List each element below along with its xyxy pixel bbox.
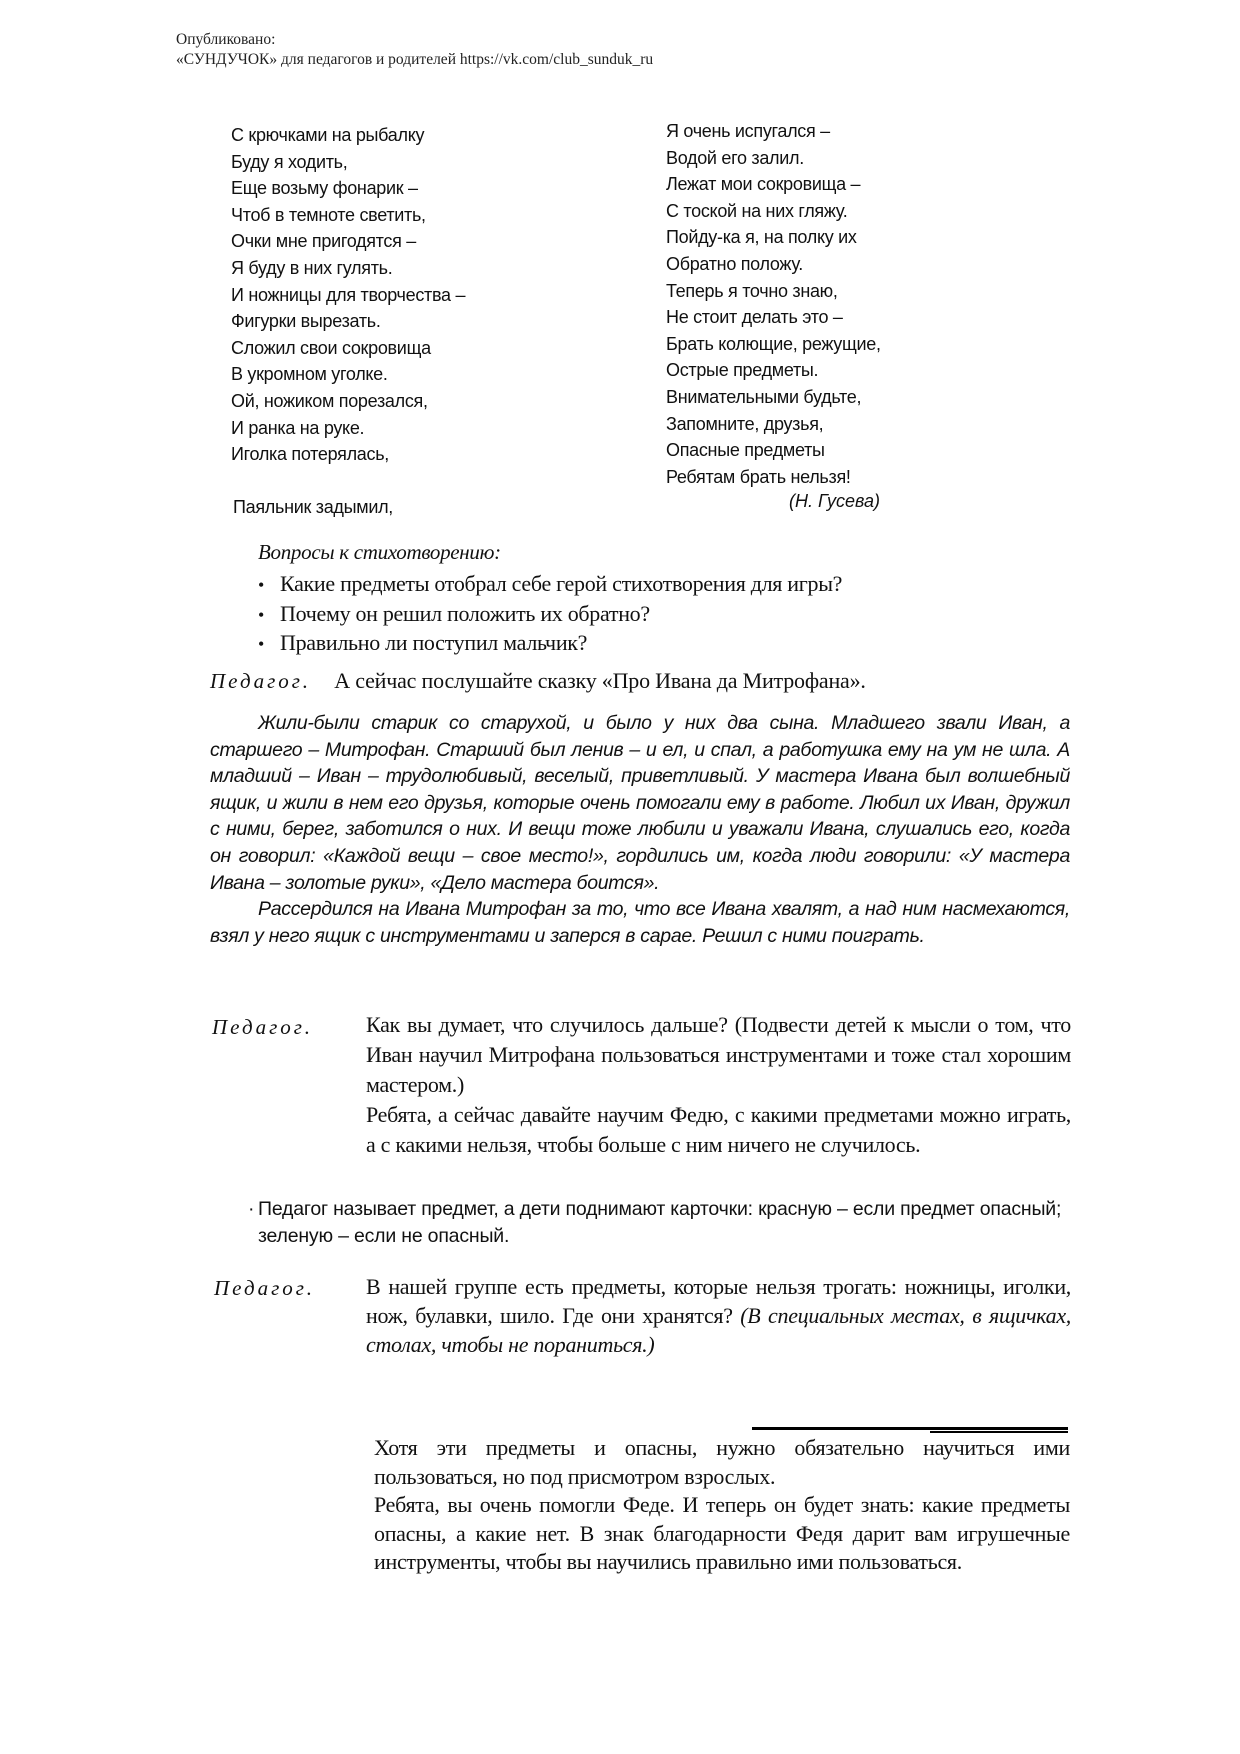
poem-line: Ребятам брать нельзя! <box>666 464 881 491</box>
poem-line: В укромном уголке. <box>231 361 465 388</box>
poem-line: Теперь я точно знаю, <box>666 278 881 305</box>
question-item: Почему он решил положить их обратно? <box>258 600 842 630</box>
speaker-label: Педагог. <box>214 1276 315 1301</box>
dialogue-text: А сейчас послушайте сказку «Про Ивана да… <box>334 668 865 693</box>
dialogue-block: В нашей группе есть предметы, которые не… <box>366 1272 1071 1359</box>
poem-line: Паяльник задымил, <box>233 497 393 518</box>
poem-line: Сложил свои сокровища <box>231 335 465 362</box>
closing-text: Хотя эти предметы и опасны, нужно обязат… <box>374 1434 1070 1577</box>
poem-line: Лежат мои сокровища – <box>666 171 881 198</box>
story-paragraph: Жили-были старик со старухой, и было у н… <box>210 710 1070 896</box>
poem-line: Внимательными будьте, <box>666 384 881 411</box>
header-published-label: Опубликовано: <box>176 30 653 50</box>
question-item: Какие предметы отобрал себе герой стихот… <box>258 570 842 600</box>
question-item: Правильно ли поступил мальчик? <box>258 629 842 659</box>
questions-title: Вопросы к стихотворению: <box>258 540 501 565</box>
poem-author: (Н. Гусева) <box>789 491 880 512</box>
header-source-line: «СУНДУЧОК» для педагогов и родителей htt… <box>176 50 653 70</box>
poem-line: Чтоб в темноте светить, <box>231 202 465 229</box>
poem-line: Водой его залил. <box>666 145 881 172</box>
poem-line: Запомните, друзья, <box>666 411 881 438</box>
closing-paragraph: Ребята, вы очень помогли Феде. И теперь … <box>374 1491 1070 1577</box>
poem-line: Пойду-ка я, на полку их <box>666 224 881 251</box>
questions-list: Какие предметы отобрал себе герой стихот… <box>258 570 842 659</box>
poem-line: Фигурки вырезать. <box>231 308 465 335</box>
fairy-tale-text: Жили-были старик со старухой, и было у н… <box>210 710 1070 949</box>
poem-line: С тоской на них гляжу. <box>666 198 881 225</box>
poem-line: Ой, ножиком порезался, <box>231 388 465 415</box>
poem-left-column: С крючками на рыбалку Буду я ходить, Еще… <box>231 122 465 468</box>
closing-paragraph: Хотя эти предметы и опасны, нужно обязат… <box>374 1434 1070 1491</box>
poem-line: И ранка на руке. <box>231 415 465 442</box>
publication-header: Опубликовано: «СУНДУЧОК» для педагогов и… <box>176 30 653 70</box>
dialogue-text: Ребята, а сейчас давайте научим Федю, с … <box>366 1100 1071 1160</box>
poem-right-column: Я очень испугался – Водой его залил. Леж… <box>666 118 881 490</box>
dialogue-text: Как вы думает, что случилось дальше? (По… <box>366 1010 1071 1100</box>
poem-line: Иголка потерялась, <box>231 441 465 468</box>
story-paragraph: Рассердился на Ивана Митрофан за то, что… <box>210 896 1070 949</box>
dialogue-block: Как вы думает, что случилось дальше? (По… <box>366 1010 1071 1160</box>
instruction-text: Педагог называет предмет, а дети поднима… <box>258 1198 1061 1247</box>
poem-line: Не стоит делать это – <box>666 304 881 331</box>
divider <box>752 1427 1068 1430</box>
poem-line: Брать колющие, режущие, <box>666 331 881 358</box>
poem-line: Обратно положу. <box>666 251 881 278</box>
speaker-label: Педагог. <box>212 1015 313 1040</box>
bullet-icon: · <box>248 1196 254 1223</box>
dialogue-intro: Педагог. А сейчас послушайте сказку «Про… <box>210 667 1090 695</box>
divider <box>930 1431 1068 1433</box>
poem-line: Еще возьму фонарик – <box>231 175 465 202</box>
poem-line: Буду я ходить, <box>231 149 465 176</box>
poem-line: Острые предметы. <box>666 357 881 384</box>
poem-line: Я буду в них гулять. <box>231 255 465 282</box>
game-instruction: · Педагог называет предмет, а дети подни… <box>258 1196 1068 1250</box>
speaker-label: Педагог. <box>210 669 311 693</box>
poem-line: Очки мне пригодятся – <box>231 228 465 255</box>
poem-line: С крючками на рыбалку <box>231 122 465 149</box>
poem-line: И ножницы для творчества – <box>231 282 465 309</box>
poem-line: Опасные предметы <box>666 437 881 464</box>
poem-line: Я очень испугался – <box>666 118 881 145</box>
